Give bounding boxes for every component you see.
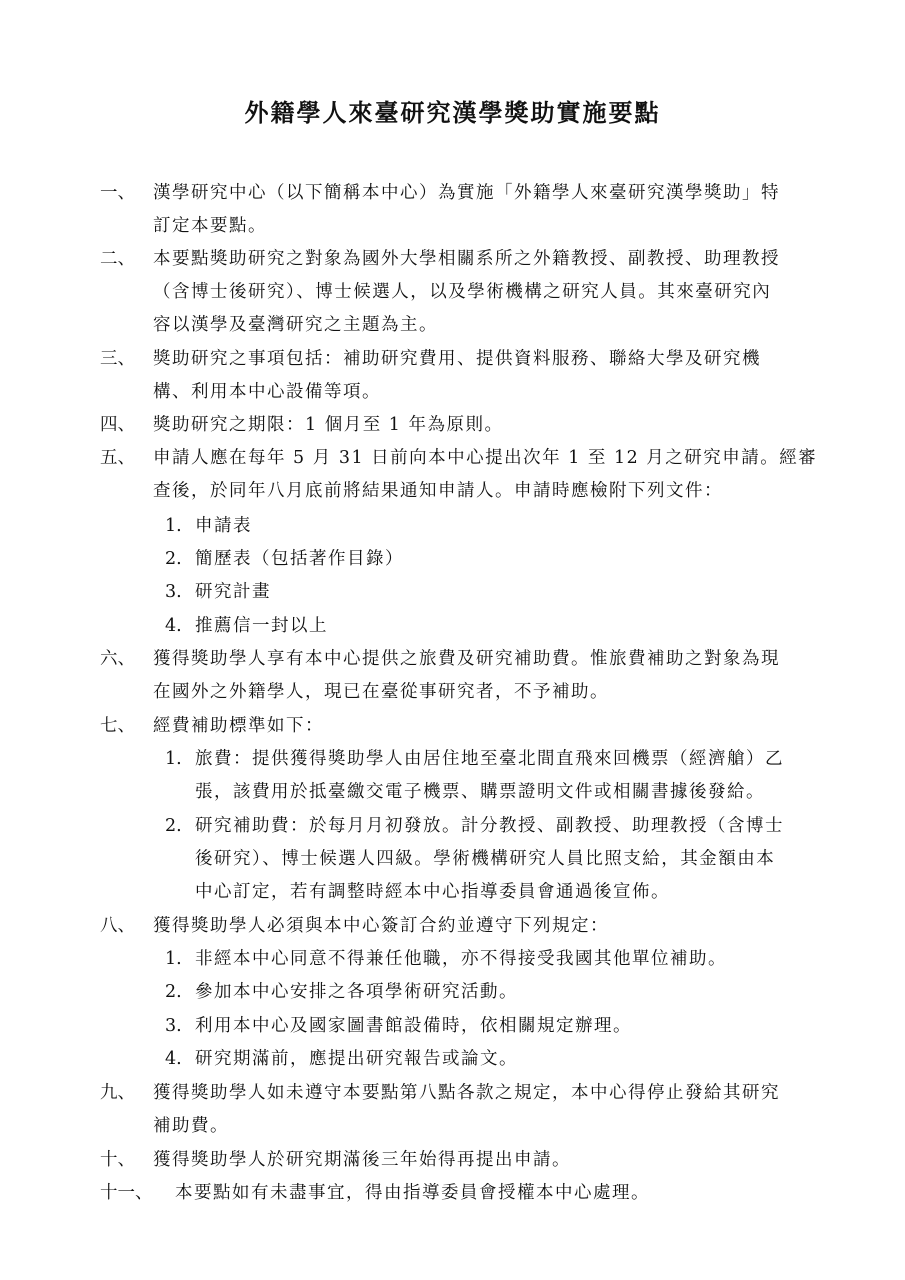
document-title: 外籍學人來臺研究漢學獎助實施要點 — [0, 96, 905, 130]
article-number: 二、 — [100, 247, 135, 271]
article-number: 十一、 — [100, 1181, 153, 1205]
article-line: 本要點獎助研究之對象為國外大學相關系所之外籍教授、副教授、助理教授 — [153, 247, 780, 271]
item-number: 2. — [165, 980, 182, 1004]
article-number: 七、 — [100, 714, 135, 738]
item-number: 1. — [165, 747, 182, 771]
item-line: 參加本中心安排之各項學術研究活動。 — [195, 980, 518, 1004]
article-number: 六、 — [100, 647, 135, 671]
article-line: 獲得獎助學人於研究期滿後三年始得再提出申請。 — [153, 1148, 571, 1172]
article-number: 五、 — [100, 446, 135, 470]
article-number: 三、 — [100, 347, 135, 371]
article-line: 獲得獎助學人必須與本中心簽訂合約並遵守下列規定： — [153, 914, 609, 938]
article-line: 容以漢學及臺灣研究之主題為主。 — [153, 313, 438, 337]
item-line: 旅費：提供獲得獎助學人由居住地至臺北間直飛來回機票（經濟艙）乙 — [195, 747, 784, 771]
article-line: 構、利用本中心設備等項。 — [153, 380, 381, 404]
article-line: 獲得獎助學人如未遵守本要點第八點各款之規定，本中心得停止發給其研究 — [153, 1081, 780, 1105]
article-line: 獎助研究之期限：1 個月至 1 年為原則。 — [153, 413, 503, 437]
item-line: 簡歷表（包括著作目錄） — [195, 547, 404, 571]
article-line: 申請人應在每年 5 月 31 日前向本中心提出次年 1 至 12 月之研究申請。… — [153, 446, 817, 470]
item-line: 非經本中心同意不得兼任他職，亦不得接受我國其他單位補助。 — [195, 947, 727, 971]
item-line: 研究補助費：於每月月初發放。計分教授、副教授、助理教授（含博士 — [195, 814, 784, 838]
article-line: 訂定本要點。 — [153, 214, 267, 238]
article-line: （含博士後研究）、博士候選人，以及學術機構之研究人員。其來臺研究內 — [153, 280, 771, 304]
article-number: 八、 — [100, 914, 135, 938]
item-number: 4. — [165, 1047, 182, 1071]
item-number: 1. — [165, 514, 182, 538]
article-line: 獎助研究之事項包括：補助研究費用、提供資料服務、聯絡大學及研究機 — [153, 347, 761, 371]
item-number: 2. — [165, 814, 182, 838]
article-number: 四、 — [100, 413, 135, 437]
item-number: 3. — [165, 580, 182, 604]
item-number: 1. — [165, 947, 182, 971]
item-number: 2. — [165, 547, 182, 571]
item-line: 推薦信一封以上 — [195, 614, 328, 638]
article-line: 漢學研究中心（以下簡稱本中心）為實施「外籍學人來臺研究漢學獎助」特 — [153, 181, 780, 205]
article-line: 在國外之外籍學人，現已在臺從事研究者，不予補助。 — [153, 680, 609, 704]
article-line: 查後，於同年八月底前將結果通知申請人。申請時應檢附下列文件： — [153, 479, 723, 503]
item-line: 利用本中心及國家圖書館設備時，依相關規定辦理。 — [195, 1014, 632, 1038]
item-line: 張，該費用於抵臺繳交電子機票、購票證明文件或相關書據後發給。 — [195, 780, 765, 804]
item-line: 研究期滿前，應提出研究報告或論文。 — [195, 1047, 518, 1071]
article-number: 十、 — [100, 1148, 135, 1172]
item-number: 3. — [165, 1014, 182, 1038]
article-number: 九、 — [100, 1081, 135, 1105]
item-line: 研究計畫 — [195, 580, 271, 604]
article-line: 獲得獎助學人享有本中心提供之旅費及研究補助費。惟旅費補助之對象為現 — [153, 647, 780, 671]
article-line: 經費補助標準如下： — [153, 714, 324, 738]
item-line: 後研究）、博士候選人四級。學術機構研究人員比照支給，其金額由本 — [195, 847, 775, 871]
item-line: 申請表 — [195, 514, 252, 538]
item-number: 4. — [165, 614, 182, 638]
article-number: 一、 — [100, 181, 135, 205]
item-line: 中心訂定，若有調整時經本中心指導委員會通過後宣佈。 — [195, 880, 670, 904]
article-line: 本要點如有未盡事宜，得由指導委員會授權本中心處理。 — [175, 1181, 650, 1205]
article-line: 補助費。 — [153, 1114, 229, 1138]
